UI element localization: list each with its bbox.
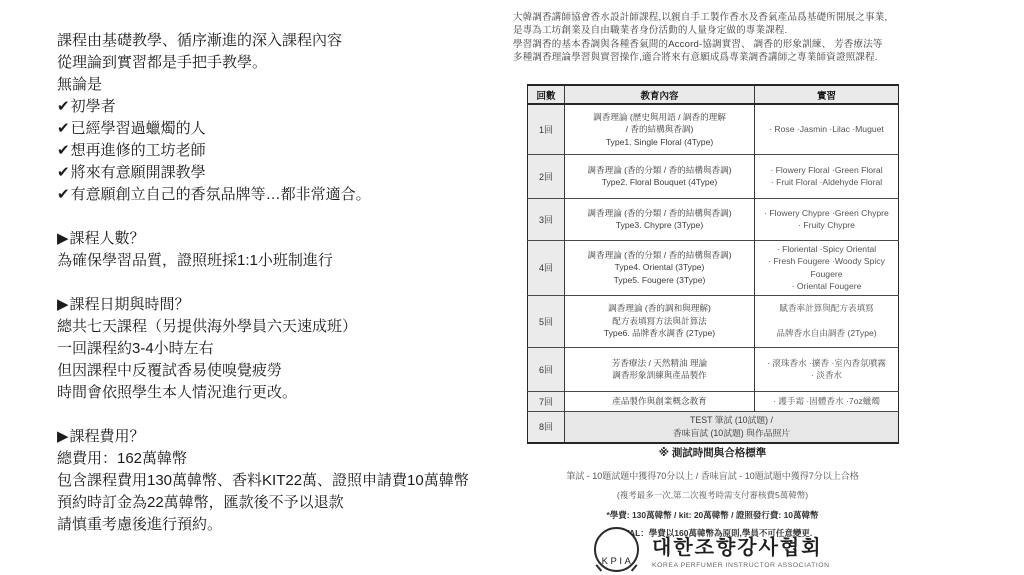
checklist-item-label: 想再進修的工坊老師 bbox=[71, 142, 206, 159]
faq-section: ▶課程人數？為確保學習品質，證照班採1:1小班制進行 bbox=[57, 228, 517, 272]
faq-section-title: ▶課程費用？ bbox=[57, 426, 517, 448]
notes-title: ※ 測試時間與合格標準 bbox=[527, 445, 898, 460]
triangle-bullet-icon: ▶ bbox=[57, 428, 69, 445]
practice-cell: · Flowery Floral ·Green Floral· Fruit Fl… bbox=[755, 154, 899, 198]
faq-section-line: 總共七天課程（另提供海外學員六天速成班） bbox=[57, 316, 517, 338]
round-cell: 7回 bbox=[528, 391, 565, 411]
practice-line: · 護手霜 ·固體香水 ·7oz蠟燭 bbox=[758, 395, 895, 408]
faq-section-title-text: 課程人數？ bbox=[70, 230, 145, 247]
content-cell: 調香理論 (香的分類 / 香的結構與香調)Type3. Chypre (3Typ… bbox=[565, 198, 755, 240]
table-row: 4回調香理論 (香的分類 / 香的結構與香調)Type4. Oriental (… bbox=[528, 240, 899, 295]
check-icon: ✔ bbox=[57, 98, 70, 115]
intro-line: 無論是 bbox=[57, 74, 517, 96]
round-cell: 5回 bbox=[528, 295, 565, 347]
program-intro: 大韓調香講師協會香水設計師課程,以親自手工製作香水及香氣產品爲基礎所開展之事業,… bbox=[513, 11, 1003, 65]
checklist-item-label: 將來有意願開課教學 bbox=[71, 164, 206, 181]
faq-section-line: 預約時訂金為22萬韓幣，匯款後不予以退款 bbox=[57, 492, 517, 514]
round-cell: 4回 bbox=[528, 240, 565, 295]
checklist-item: ✔將來有意願開課教學 bbox=[57, 162, 517, 184]
kpia-logo: KPIA 대한조향강사협회 KOREA PERFUMER INSTRUCTOR … bbox=[594, 527, 830, 572]
faq-section-title-text: 課程日期與時間？ bbox=[70, 296, 190, 313]
practice-cell: 賦香率計算與配方表填寫 品牌香水自由調香 (2Type) bbox=[755, 295, 899, 347]
practice-line: · Oriental Fougere bbox=[758, 280, 895, 293]
association-name: 대한조향강사협회 KOREA PERFUMER INSTRUCTOR ASSOC… bbox=[652, 531, 830, 569]
content-line: Type6. 品牌香水調香 (2Type) bbox=[568, 327, 751, 340]
faq-section-title: ▶課程人數？ bbox=[57, 228, 517, 250]
faq-section-line: 包含課程費用130萬韓幣、香料KIT22萬、證照申請費10萬韓幣 bbox=[57, 470, 517, 492]
round-cell: 8回 bbox=[528, 411, 565, 443]
practice-line: · Flowery Chypre ·Green Chypre bbox=[758, 207, 895, 220]
kpia-logo-circle-icon: KPIA bbox=[594, 527, 639, 572]
notes-pass-criteria: 筆試 - 10題試題中獲得70分以上 / 香味盲試 - 10題試題中獲得7分以上… bbox=[527, 469, 898, 482]
content-line: Type3. Chypre (3Type) bbox=[568, 219, 751, 232]
content-cell: 調香理論 (香的分類 / 香的結構與香調)Type4. Oriental (3T… bbox=[565, 240, 755, 295]
content-cell: 調香理論 (歷史與用語 / 調香的理解/ 香的結構與香調)Type1. Sing… bbox=[565, 104, 755, 154]
practice-cell: · 護手霜 ·固體香水 ·7oz蠟燭 bbox=[755, 391, 899, 411]
table-header-row: 回數教育內容實習 bbox=[528, 85, 899, 104]
table-header-cell: 回數 bbox=[528, 85, 565, 104]
content-line: 調香理論 (香的分類 / 香的結構與香調) bbox=[568, 207, 751, 220]
program-intro-line: 多種調香理論學習與實習操作,適合將來有意願成爲專業調香講師之專業師資證照課程. bbox=[513, 51, 1003, 64]
curriculum-table-body: 1回調香理論 (歷史與用語 / 調香的理解/ 香的結構與香調)Type1. Si… bbox=[528, 104, 899, 443]
checklist-item: ✔有意願創立自己的香氛品牌等…都非常適合。 bbox=[57, 184, 517, 206]
kpia-abbreviation: KPIA bbox=[600, 556, 634, 570]
triangle-bullet-icon: ▶ bbox=[57, 296, 69, 313]
content-line: 調香理論 (歷史與用語 / 調香的理解 bbox=[568, 111, 751, 124]
curriculum-table: 回數教育內容實習 1回調香理論 (歷史與用語 / 調香的理解/ 香的結構與香調)… bbox=[527, 84, 899, 444]
test-standard-notes: ※ 測試時間與合格標準 筆試 - 10題試題中獲得70分以上 / 香味盲試 - … bbox=[527, 445, 898, 539]
content-line: 調香理論 (香的分類 / 香的結構與香調) bbox=[568, 164, 751, 177]
triangle-bullet-icon: ▶ bbox=[57, 230, 69, 247]
content-cell: 調香理論 (香的調和與理解)配方表填寫方法與計算法Type6. 品牌香水調香 (… bbox=[565, 295, 755, 347]
test-cell-line: 香味盲試 (10試題) 與作品照片 bbox=[568, 427, 895, 440]
practice-line: · Fresh Fougere ·Woody Spicy Fougere bbox=[758, 255, 895, 280]
content-cell: 產品製作與創業概念教育 bbox=[565, 391, 755, 411]
check-icon: ✔ bbox=[57, 186, 70, 203]
association-name-english: KOREA PERFUMER INSTRUCTOR ASSOCIATION bbox=[652, 562, 830, 569]
practice-line: · 滾珠香水 ·擴香 ·室內香氛噴霧 bbox=[758, 357, 895, 370]
faq-section-line: 為確保學習品質，證照班採1:1小班制進行 bbox=[57, 250, 517, 272]
faq-section-line: 總費用：162萬韓幣 bbox=[57, 448, 517, 470]
practice-cell: · Rose ·Jasmin ·Lilac ·Muguet bbox=[755, 104, 899, 154]
check-icon: ✔ bbox=[57, 142, 70, 159]
test-cell-line: TEST 筆試 (10試題) / bbox=[568, 414, 895, 427]
content-line: Type4. Oriental (3Type) bbox=[568, 261, 751, 274]
checklist-item: ✔想再進修的工坊老師 bbox=[57, 140, 517, 162]
round-cell: 3回 bbox=[528, 198, 565, 240]
content-line: 產品製作與創業概念教育 bbox=[568, 395, 751, 408]
checklist-item-label: 初學者 bbox=[71, 98, 116, 115]
table-header-cell: 教育內容 bbox=[565, 85, 755, 104]
check-icon: ✔ bbox=[57, 164, 70, 181]
table-row: 5回調香理論 (香的調和與理解)配方表填寫方法與計算法Type6. 品牌香水調香… bbox=[528, 295, 899, 347]
table-row: 6回芳香療法 / 天然精油 理論調香形象訓練與產品製作· 滾珠香水 ·擴香 ·室… bbox=[528, 347, 899, 391]
practice-line: · Rose ·Jasmin ·Lilac ·Muguet bbox=[758, 123, 895, 136]
content-line: 調香理論 (香的分類 / 香的結構與香調) bbox=[568, 249, 751, 262]
faq-section-line: 時間會依照學生本人情況進行更改。 bbox=[57, 382, 517, 404]
intro-block: 課程由基礎教學、循序漸進的深入課程內容從理論到實習都是手把手教學。無論是✔初學者… bbox=[57, 30, 517, 206]
checklist-item: ✔初學者 bbox=[57, 96, 517, 118]
round-cell: 6回 bbox=[528, 347, 565, 391]
table-row: 3回調香理論 (香的分類 / 香的結構與香調)Type3. Chypre (3T… bbox=[528, 198, 899, 240]
intro-line: 課程由基礎教學、循序漸進的深入課程內容 bbox=[57, 30, 517, 52]
round-cell: 2回 bbox=[528, 154, 565, 198]
notes-retake-policy: (複考最多一次,第二次複考時需支付審核費5萬韓幣) bbox=[527, 489, 898, 501]
table-header-cell: 實習 bbox=[755, 85, 899, 104]
content-line: Type5. Fougere (3Type) bbox=[568, 274, 751, 287]
checklist-item-label: 已經學習過蠟燭的人 bbox=[71, 120, 206, 137]
program-intro-line: 學習調香的基本香調與各種香氣間的Accord-協調實習、 調香的形象訓練、 芳香… bbox=[513, 38, 1003, 51]
faq-section: ▶課程費用？總費用：162萬韓幣包含課程費用130萬韓幣、香料KIT22萬、證照… bbox=[57, 426, 517, 536]
content-line: Type2. Floral Bouquet (4Type) bbox=[568, 176, 751, 189]
content-line: 芳香療法 / 天然精油 理論 bbox=[568, 357, 751, 370]
practice-cell: · Flowery Chypre ·Green Chypre· Fruity C… bbox=[755, 198, 899, 240]
faq-section: ▶課程日期與時間？總共七天課程（另提供海外學員六天速成班）一回課程約3-4小時左… bbox=[57, 294, 517, 404]
notes-fee-breakdown: *學費: 130萬韓幣 / kit: 20萬韓幣 / 證照發行費: 10萬韓幣 bbox=[527, 509, 898, 521]
faq-section-title-text: 課程費用？ bbox=[70, 428, 145, 445]
practice-cell: · Floriental ·Spicy Oriental· Fresh Foug… bbox=[755, 240, 899, 295]
table-row: 1回調香理論 (歷史與用語 / 調香的理解/ 香的結構與香調)Type1. Si… bbox=[528, 104, 899, 154]
content-line: 配方表填寫方法與計算法 bbox=[568, 315, 751, 328]
slide-canvas: 課程由基礎教學、循序漸進的深入課程內容從理論到實習都是手把手教學。無論是✔初學者… bbox=[0, 0, 1024, 575]
faq-section-line: 一回課程約3-4小時左右 bbox=[57, 338, 517, 360]
content-line: 調香理論 (香的調和與理解) bbox=[568, 302, 751, 315]
content-line: / 香的結構與香調) bbox=[568, 123, 751, 136]
left-text-panel: 課程由基礎教學、循序漸進的深入課程內容從理論到實習都是手把手教學。無論是✔初學者… bbox=[57, 30, 517, 558]
content-cell: 芳香療法 / 天然精油 理論調香形象訓練與產品製作 bbox=[565, 347, 755, 391]
check-icon: ✔ bbox=[57, 120, 70, 137]
faq-section-line: 請慎重考慮後進行預約。 bbox=[57, 514, 517, 536]
practice-line: · 淡香水 bbox=[758, 369, 895, 382]
practice-line: 品牌香水自由調香 (2Type) bbox=[758, 327, 895, 340]
content-line: Type1. Single Floral (4Type) bbox=[568, 136, 751, 149]
table-row: 2回調香理論 (香的分類 / 香的結構與香調)Type2. Floral Bou… bbox=[528, 154, 899, 198]
round-cell: 1回 bbox=[528, 104, 565, 154]
table-row: 8回TEST 筆試 (10試題) /香味盲試 (10試題) 與作品照片 bbox=[528, 411, 899, 443]
merged-test-cell: TEST 筆試 (10試題) /香味盲試 (10試題) 與作品照片 bbox=[565, 411, 899, 443]
table-row: 7回產品製作與創業概念教育· 護手霜 ·固體香水 ·7oz蠟燭 bbox=[528, 391, 899, 411]
practice-line bbox=[758, 315, 895, 328]
checklist-item: ✔已經學習過蠟燭的人 bbox=[57, 118, 517, 140]
practice-line: · Floriental ·Spicy Oriental bbox=[758, 243, 895, 256]
practice-line: · Flowery Floral ·Green Floral bbox=[758, 164, 895, 177]
program-intro-line: 大韓調香講師協會香水設計師課程,以親自手工製作香水及香氣產品爲基礎所開展之事業, bbox=[513, 11, 1003, 24]
faq-section-line: 但因課程中反覆試香易使嗅覺疲勞 bbox=[57, 360, 517, 382]
intro-line: 從理論到實習都是手把手教學。 bbox=[57, 52, 517, 74]
content-line: 調香形象訓練與產品製作 bbox=[568, 369, 751, 382]
faq-section-title: ▶課程日期與時間？ bbox=[57, 294, 517, 316]
practice-cell: · 滾珠香水 ·擴香 ·室內香氛噴霧· 淡香水 bbox=[755, 347, 899, 391]
content-cell: 調香理論 (香的分類 / 香的結構與香調)Type2. Floral Bouqu… bbox=[565, 154, 755, 198]
association-name-korean: 대한조향강사협회 bbox=[652, 531, 830, 560]
checklist-item-label: 有意願創立自己的香氛品牌等…都非常適合。 bbox=[71, 186, 371, 203]
practice-line: · Fruit Floral ·Aldehyde Floral bbox=[758, 176, 895, 189]
practice-line: 賦香率計算與配方表填寫 bbox=[758, 302, 895, 315]
program-intro-line: 是專為工坊創業及自由職業者身份活動的人量身定做的專業課程. bbox=[513, 24, 1003, 37]
practice-line: · Fruity Chypre bbox=[758, 219, 895, 232]
